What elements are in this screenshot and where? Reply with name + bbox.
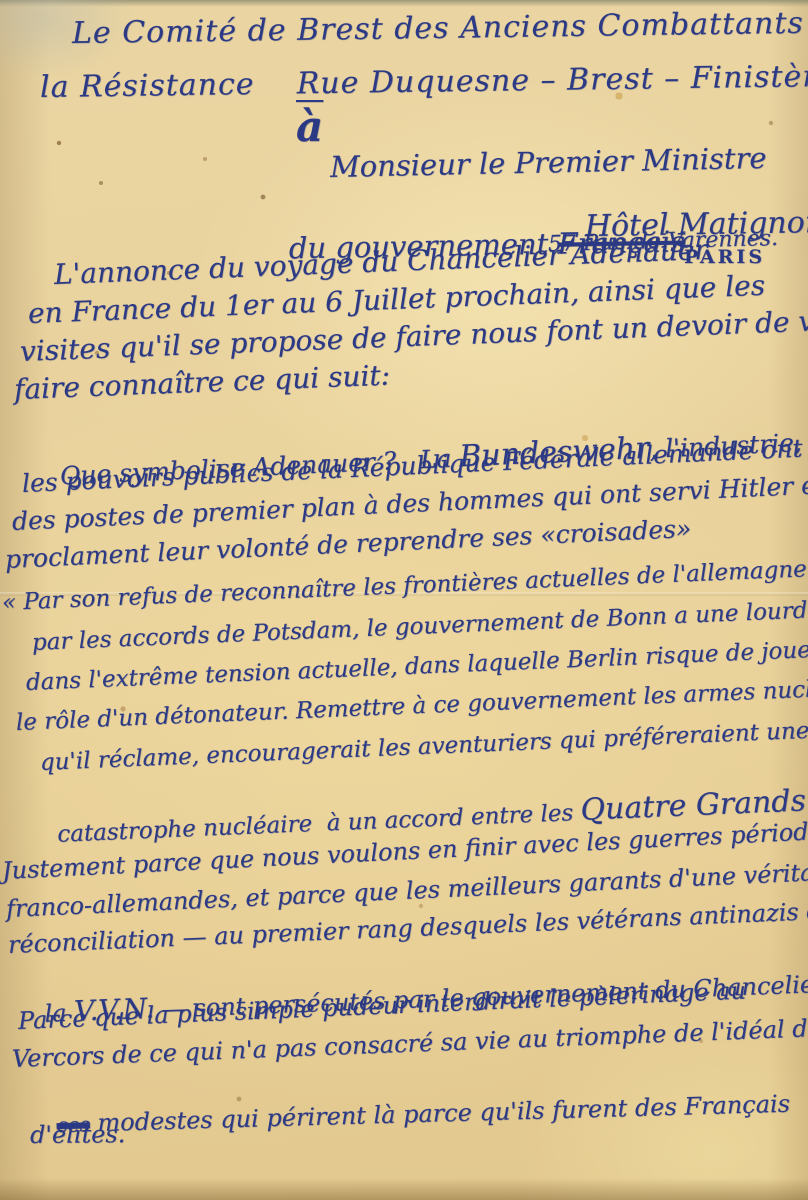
paper-specks bbox=[0, 0, 2, 2]
sender-line-2: la Résistance Rue Duquesne – Brest – Fin… bbox=[40, 59, 808, 105]
to-particle: à bbox=[296, 102, 323, 151]
sender-line-1: Le Comité de Brest des Anciens Combattan… bbox=[72, 5, 808, 51]
letter-page: Le Comité de Brest des Anciens Combattan… bbox=[0, 0, 808, 1200]
recipient-title: Monsieur le Premier Ministre bbox=[330, 141, 767, 184]
p4-line-7: ces modestes qui périrent là parce qu'il… bbox=[25, 1062, 791, 1167]
p4-line-8: d'élites. bbox=[30, 1120, 126, 1149]
p4-line-7-text: modestes qui périrent là parce qu'ils fu… bbox=[89, 1090, 790, 1138]
